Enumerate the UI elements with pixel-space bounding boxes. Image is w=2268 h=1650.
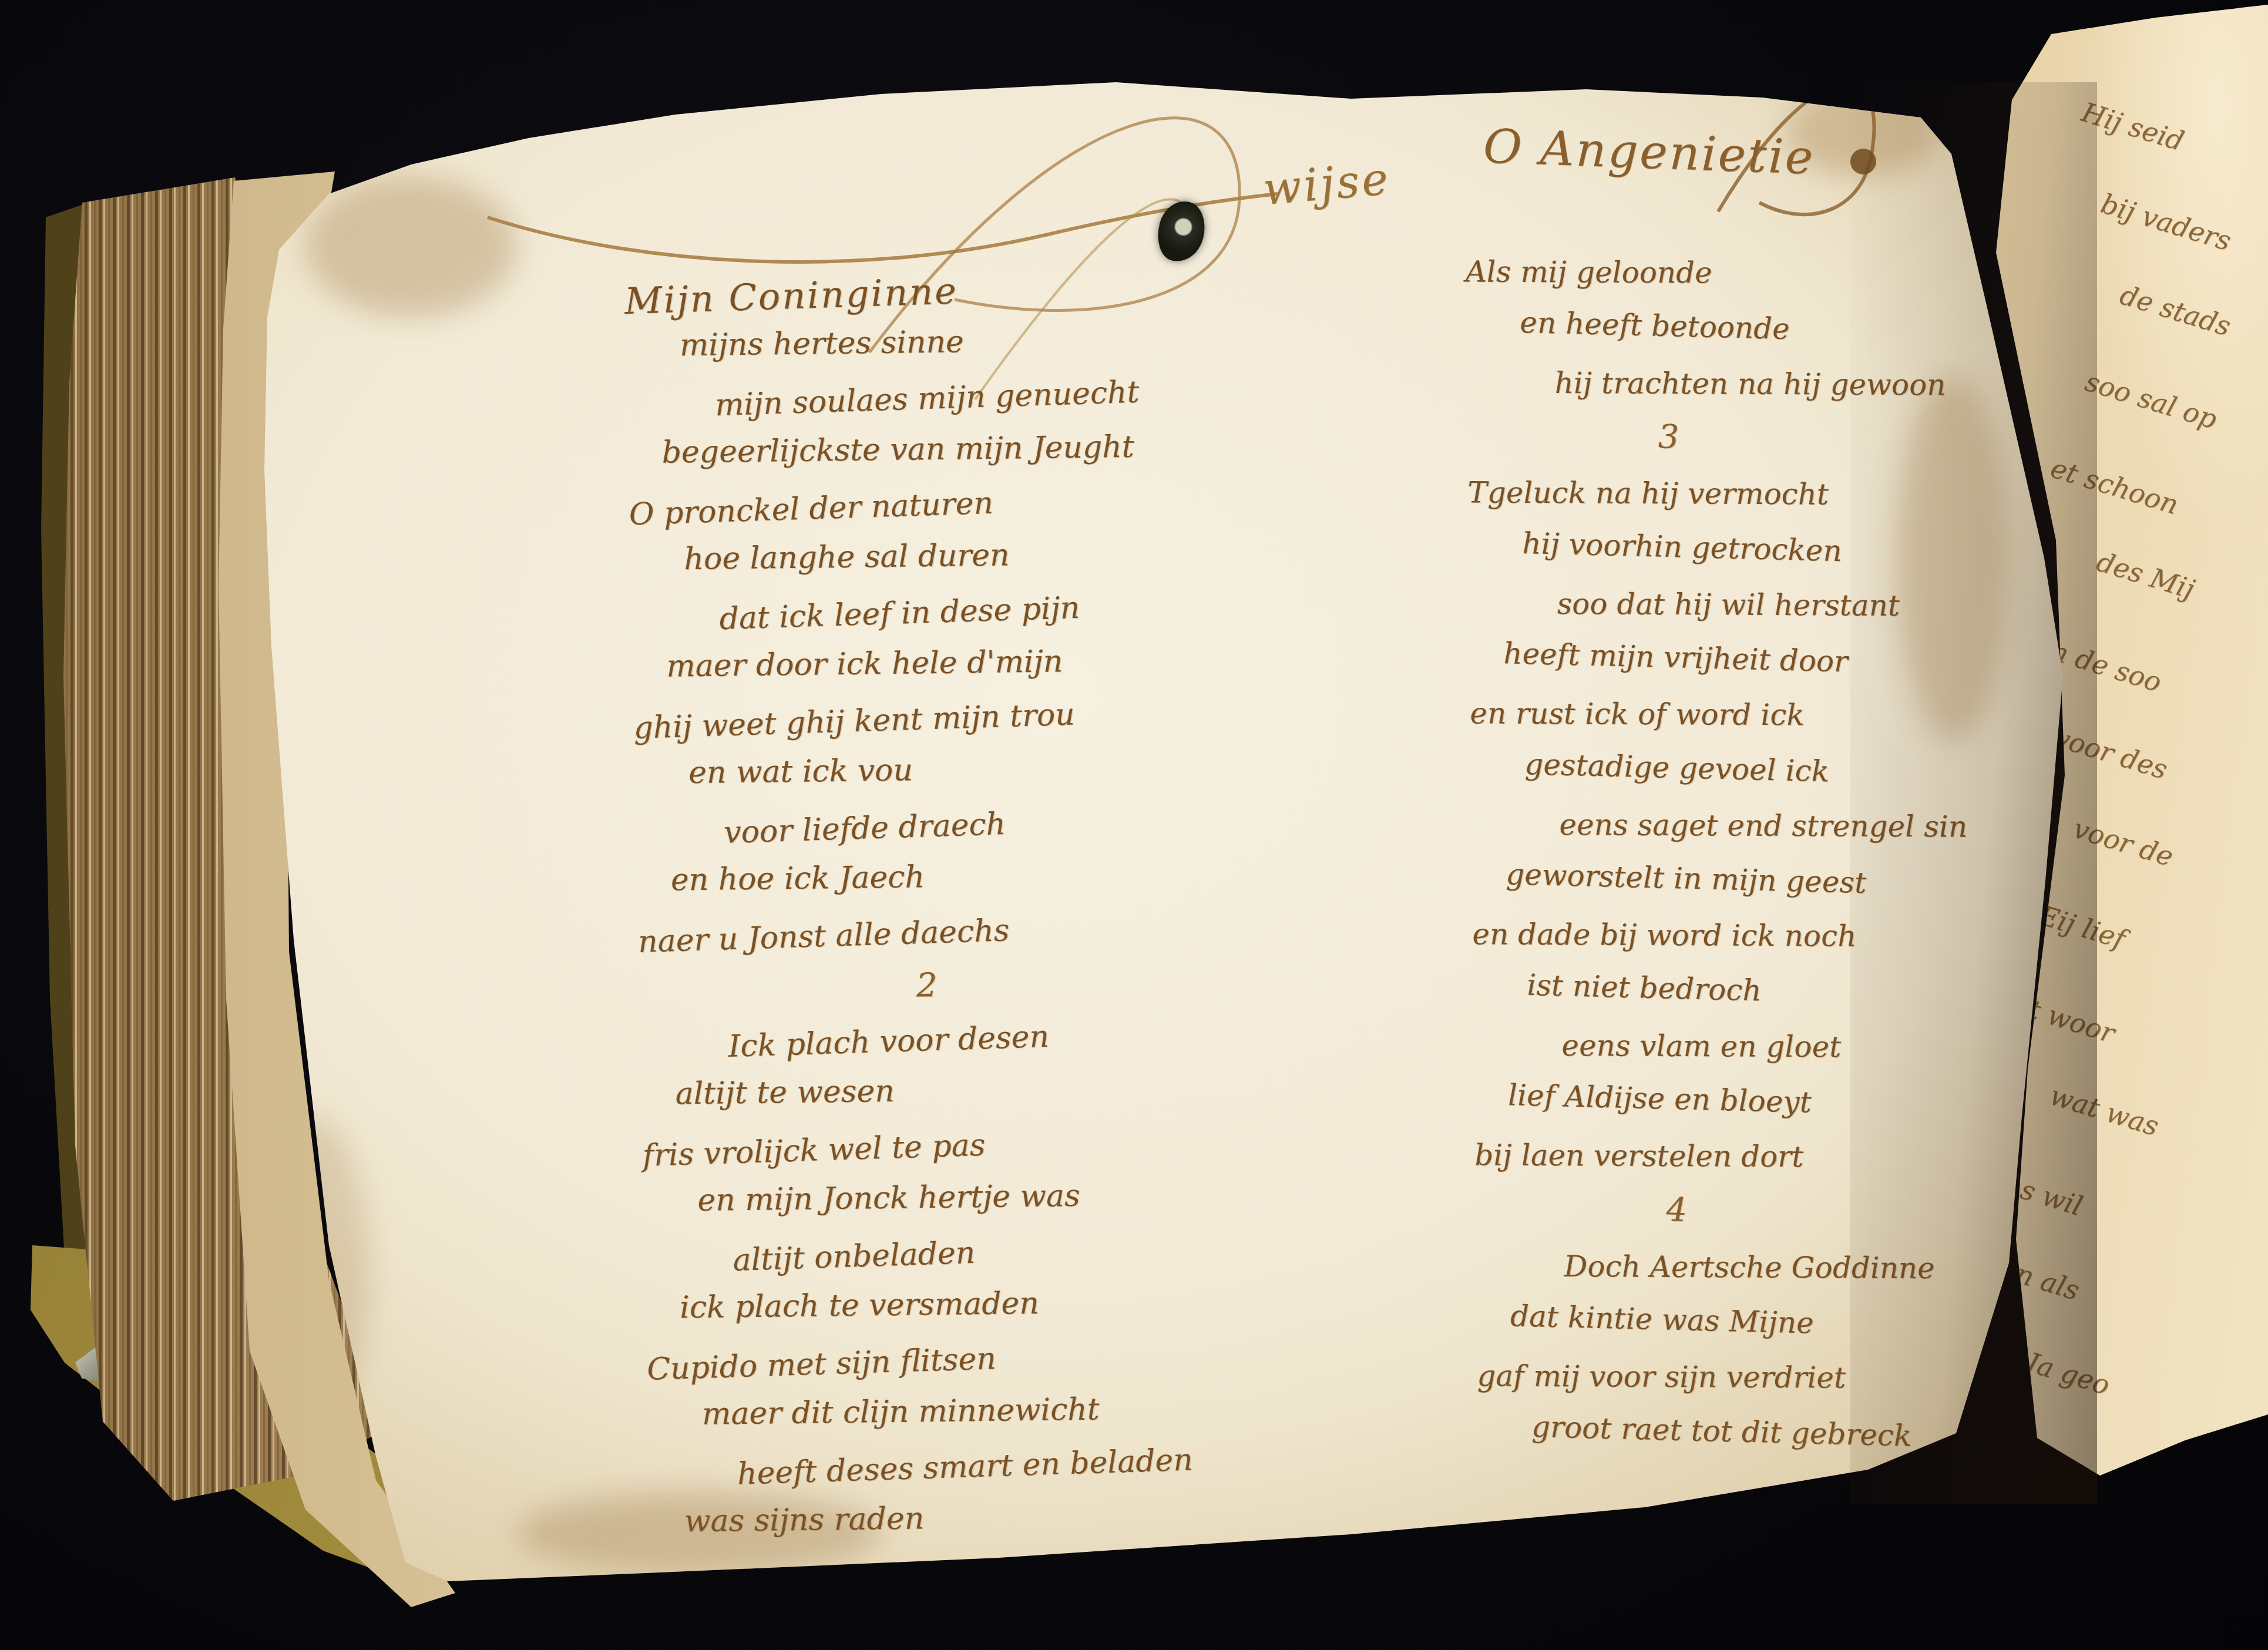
manuscript-line: 2 [639,955,1215,1016]
manuscript-line: was sijns raden [684,1486,1473,1548]
manuscript-line: gestadige gevoel ick [1524,737,2046,805]
manuscript-line: en heeft betoonde [1520,295,2041,363]
manuscript-line: en dade bij word ick noch [1471,906,2048,965]
manuscript-line: ist niet bedroch [1527,957,2048,1026]
manuscript-line: 3 [1467,405,1870,470]
page-stain [305,176,517,317]
photo-open-manuscript: Hij seidbij vadersde stadssoo sal opet s… [0,0,2268,1650]
manuscript-line: eens vlam en gloet [1561,1018,2049,1076]
manuscript-line: geworstelt in mijn geest [1506,846,2047,915]
right-column: Als mij geloondeen heeft betoondehij tra… [1465,241,2054,1464]
manuscript-line: eens saget end strengel sin [1559,797,2048,855]
tune-prefix: wijse [1261,152,1393,216]
manuscript-line: Tgeluck na hij vermocht [1467,465,2044,523]
manuscript-line: bij laen verstelen dort [1474,1127,2051,1185]
manuscript-line: soo dat hij wil herstant [1557,576,2045,634]
tune-title: O Angenietie [1483,119,1816,185]
manuscript-line: gaf mij voor sijn verdriet [1476,1348,2053,1406]
manuscript-line: dat kintie was Mijne [1510,1288,2052,1357]
manuscript-line: heeft mijn vrijheit door [1503,626,2045,694]
manuscript-line: hij trachten na hij gewoon [1554,355,2043,413]
manuscript-line: groot raet tot dit gebreck [1531,1399,2053,1467]
manuscript-line: lief Aldijse en bloeyt [1508,1067,2049,1136]
manuscript-line: Doch Aertsche Goddinne [1563,1239,2052,1296]
left-column: Mijn Coninginnemijns hertes sinnemijn so… [624,253,1473,1553]
manuscript-line: hij voorhin getrocken [1522,516,2044,584]
manuscript-line: en rust ick of word ick [1470,685,2047,744]
manuscript-line: Als mij geloonde [1465,244,2042,302]
manuscript-line: 4 [1475,1178,1878,1243]
